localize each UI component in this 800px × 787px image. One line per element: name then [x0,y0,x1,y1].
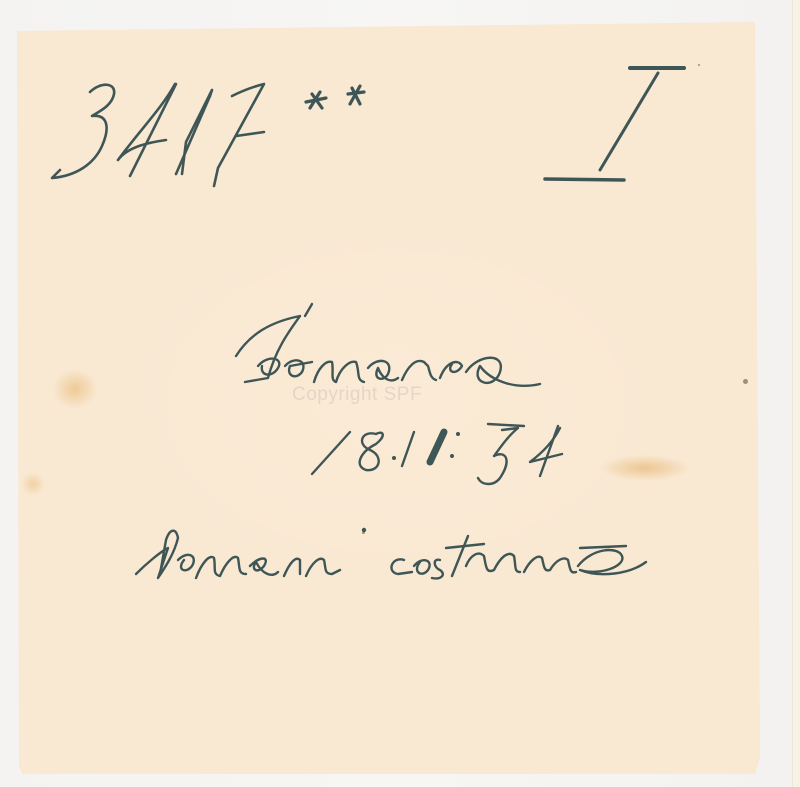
copyright-watermark: Copyright SPF [292,384,422,406]
scan-background: Copyright SPF 3417** I Teonaria 18·11·34… [0,0,800,787]
paper-speck [698,64,700,66]
catalog-number: 3417** [50,80,263,150]
paper-speck [743,379,748,384]
place-name: Teonaria [235,310,482,375]
description: donne in costume [135,520,566,576]
adjacent-card-edge [792,0,800,787]
series-numeral: I [590,70,622,163]
date: 18·11·34 [310,425,506,476]
